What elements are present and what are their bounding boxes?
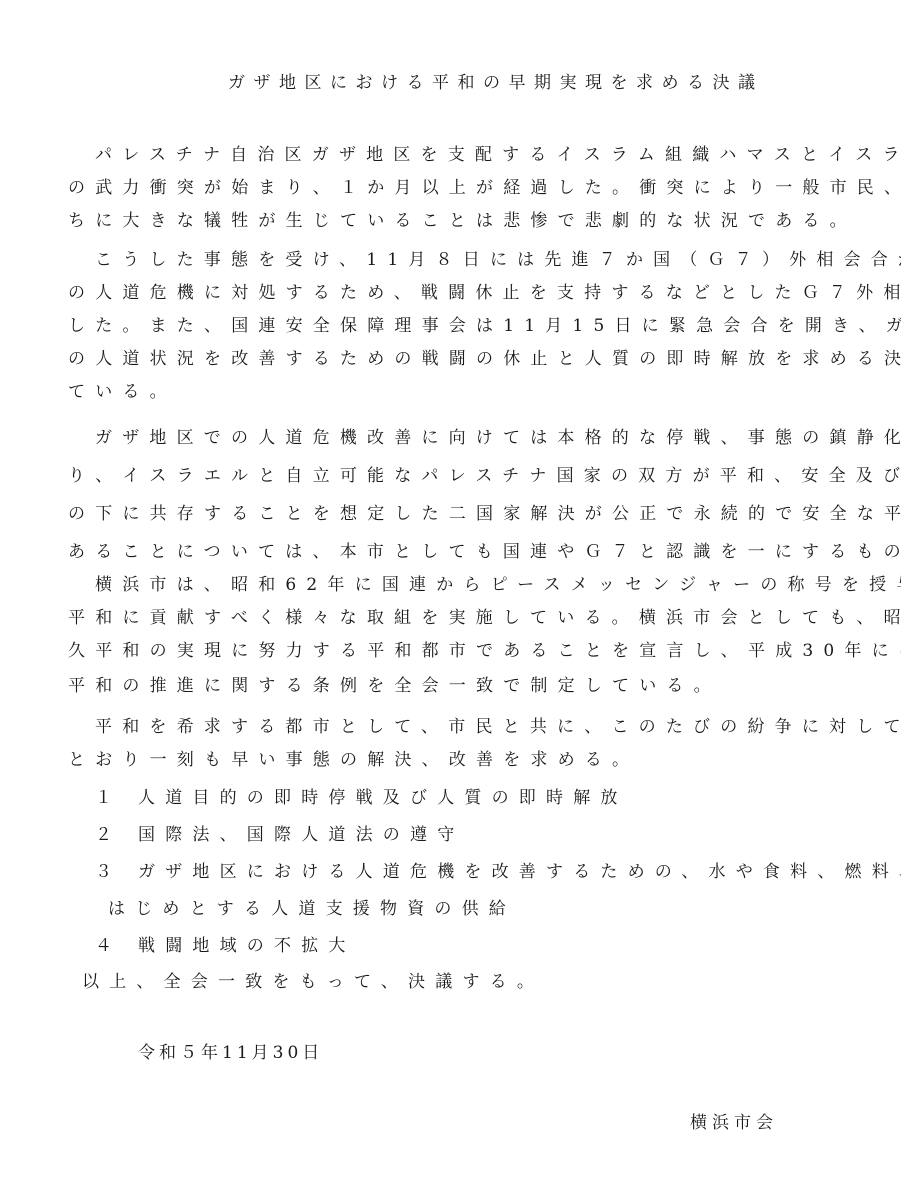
paragraph-1-line-1: パレスチナ自治区ガザ地区を支配するイスラム組織ハマスとイスラエル軍と	[95, 145, 901, 165]
resolution-date: 令和５年11月30日	[138, 1043, 323, 1063]
paragraph-4-line-2: 平和に貢献すべく様々な取組を実施している。横浜市会としても、昭和45年に永	[68, 608, 901, 628]
item-1-text: 人道目的の即時停戦及び人質の即時解放	[138, 788, 628, 808]
paragraph-4-line-4: 平和の推進に関する条例を全会一致で制定している。	[68, 676, 721, 696]
paragraph-2-line-3: した。また、国連安全保障理事会は11月15日に緊急会合を開き、ガザ地区の子供	[68, 316, 901, 336]
paragraph-3-line-3: の下に共存することを想定した二国家解決が公正で永続的で安全な平和への道で	[68, 504, 901, 524]
item-4-number: ４	[95, 936, 122, 956]
signer-name: 横浜市会	[690, 1113, 778, 1133]
closing-statement: 以上、全会一致をもって、決議する。	[82, 972, 544, 992]
paragraph-5-line-1: 平和を希求する都市として、市民と共に、このたびの紛争に対して次に掲げる	[95, 717, 901, 737]
item-4-text: 戦闘地域の不拡大	[138, 936, 356, 956]
item-2-number: ２	[95, 825, 122, 845]
paragraph-3-line-4: あることについては、本市としても国連やＧ７と認識を一にするものである。	[68, 542, 901, 562]
paragraph-5-line-2: とおり一刻も早い事態の解決、改善を求める。	[68, 750, 639, 770]
paragraph-1-line-2: の武力衝突が始まり、１か月以上が経過した。衝突により一般市民、特に子供た	[68, 178, 901, 198]
document-title: ガザ地区における平和の早期実現を求める決議	[228, 73, 764, 93]
item-3-number: ３	[95, 862, 122, 882]
item-2-text: 国際法、国際人道法の遵守	[138, 825, 464, 845]
paragraph-3-line-1: ガザ地区での人道危機改善に向けては本格的な停戦、事態の鎮静化が必要であ	[95, 428, 901, 448]
item-1-number: １	[95, 788, 122, 808]
paragraph-2-line-5: ている。	[68, 382, 177, 402]
document-page: ガザ地区における平和の早期実現を求める決議 パレスチナ自治区ガザ地区を支配するイ…	[0, 0, 901, 1200]
paragraph-3-line-2: り、イスラエルと自立可能なパレスチナ国家の双方が平和、安全及び相互の承認	[68, 466, 901, 486]
paragraph-1-line-3: ちに大きな犠牲が生じていることは悲惨で悲劇的な状況である。	[68, 211, 857, 231]
item-3-text-line-2: はじめとする人道支援物資の供給	[108, 899, 516, 919]
paragraph-4-line-3: 久平和の実現に努力する平和都市であることを宣言し、平成30年には横浜市国際	[68, 641, 901, 661]
paragraph-2-line-2: の人道危機に対処するため、戦闘休止を支持するなどとしたＧ７外相声明を発表	[68, 283, 901, 303]
paragraph-2-line-1: こうした事態を受け、11月８日には先進７か国（Ｇ７）外相会合が、ガザ地区	[95, 250, 901, 270]
paragraph-4-line-1: 横浜市は、昭和62年に国連からピースメッセンジャーの称号を授与され、国際	[95, 575, 901, 595]
item-3-text-line-1: ガザ地区における人道危機を改善するための、水や食料、燃料、医薬品を	[138, 862, 901, 882]
paragraph-2-line-4: の人道状況を改善するための戦闘の休止と人質の即時解放を求める決議を採択し	[68, 349, 901, 369]
